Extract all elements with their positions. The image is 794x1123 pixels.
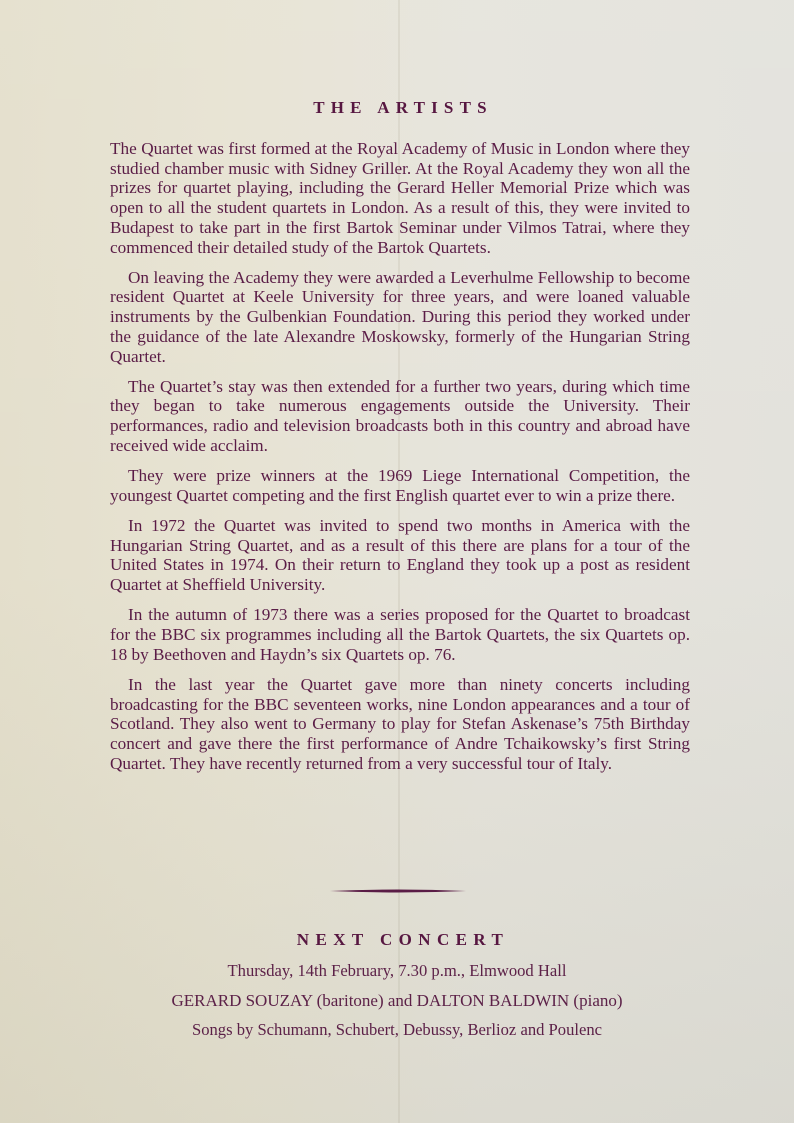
paragraph-formation: The Quartet was first formed at the Roya… [110, 139, 690, 257]
paragraph-leverhulme: On leaving the Academy they were awarded… [110, 268, 690, 367]
ornamental-divider [330, 888, 466, 894]
paragraph-last-year: In the last year the Quartet gave more t… [110, 675, 690, 774]
next-concert-program: Songs by Schumann, Schubert, Debussy, Be… [0, 1020, 794, 1040]
paragraph-america: In 1972 the Quartet was invited to spend… [110, 516, 690, 595]
next-concert-heading: NEXT CONCERT [0, 930, 794, 950]
next-concert-performers: GERARD SOUZAY (baritone) and DALTON BALD… [0, 991, 794, 1011]
next-concert-date: Thursday, 14th February, 7.30 p.m., Elmw… [0, 961, 794, 981]
paragraph-liege: They were prize winners at the 1969 Lieg… [110, 466, 690, 505]
artists-heading: THE ARTISTS [0, 98, 794, 118]
paragraph-extension: The Quartet’s stay was then extended for… [110, 377, 690, 456]
paragraph-bbc: In the autumn of 1973 there was a series… [110, 605, 690, 664]
artists-body: The Quartet was first formed at the Roya… [110, 139, 690, 784]
